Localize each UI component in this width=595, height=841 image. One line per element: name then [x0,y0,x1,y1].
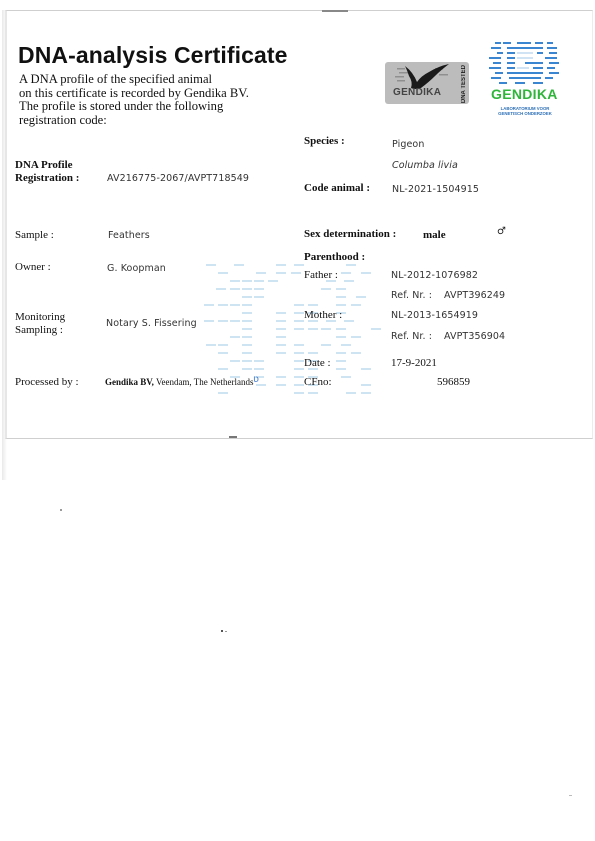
mother-ref-value: AVPT356904 [444,331,505,342]
owner-value: G. Koopman [107,263,166,274]
cfno-label: CFno: [304,376,332,389]
intro-line: registration code: [19,114,289,128]
label-line: DNA Profile [15,159,79,172]
sample-label: Sample : [15,229,54,242]
mother-ref-label: Ref. Nr. : [391,331,432,342]
father-ref-label: Ref. Nr. : [391,290,432,301]
logo-subtitle: LABORATORIUM VOOR GENETISCH ONDERZOEK [487,106,563,116]
dna-profile-value: AV216775-2067/AVPT718549 [107,173,249,184]
date-label: Date : [304,357,331,370]
code-animal-value: NL-2021-1504915 [392,184,479,195]
processed-company: Gendika BV, [105,377,154,387]
species-latin-value: Columba livia [392,160,458,171]
sex-value: male [423,229,446,242]
processed-label: Processed by : [15,376,79,389]
intro-line: A DNA profile of the specified animal [19,73,289,87]
monitoring-value: Notary S. Fissering [106,318,197,329]
certificate-title: DNA-analysis Certificate [18,42,288,69]
dna-profile-label: DNA Profile Registration : [15,159,79,185]
scan-mark [229,436,237,438]
father-label: Father : [304,269,338,282]
species-label: Species : [304,135,345,148]
processed-value: Gendika BV, Veendam, The Netherlands [105,377,254,387]
label-line: Monitoring [15,311,65,324]
monitoring-label: Monitoring Sampling : [15,311,65,337]
dna-tested-badge: GENDIKA DNA TESTED [385,62,469,104]
badge-brand: GENDIKA [393,87,441,98]
intro-line: on this certificate is recorded by Gendi… [19,87,289,101]
date-value: 17-9-2021 [391,357,437,369]
signature-mark: ʋ [253,374,259,385]
species-common-value: Pigeon [392,139,424,150]
mother-label: Mother : [304,309,342,322]
logo-name: GENDIKA [491,86,558,102]
male-symbol-icon: ♂ [497,226,506,237]
scan-mark [322,10,348,12]
badge-tag: DNA TESTED [461,65,467,103]
logo-subtitle-line: GENETISCH ONDERZOEK [487,111,563,116]
dna-g-icon [487,40,563,86]
intro-text: A DNA profile of the specified animal on… [19,73,289,127]
sample-value: Feathers [108,230,150,241]
parenthood-label: Parenthood : [304,251,365,264]
owner-label: Owner : [15,261,51,274]
label-line: Registration : [15,172,79,185]
mother-value: NL-2013-1654919 [391,310,478,321]
father-ref-value: AVPT396249 [444,290,505,301]
processed-location: Veendam, The Netherlands [154,377,254,387]
sex-label: Sex determination : [304,228,396,241]
gendika-logo: GENDIKA LABORATORIUM VOOR GENETISCH ONDE… [487,40,563,122]
label-line: Sampling : [15,324,65,337]
cfno-value: 596859 [437,376,470,388]
father-value: NL-2012-1076982 [391,270,478,281]
intro-line: The profile is stored under the followin… [19,100,289,114]
code-animal-label: Code animal : [304,182,370,195]
